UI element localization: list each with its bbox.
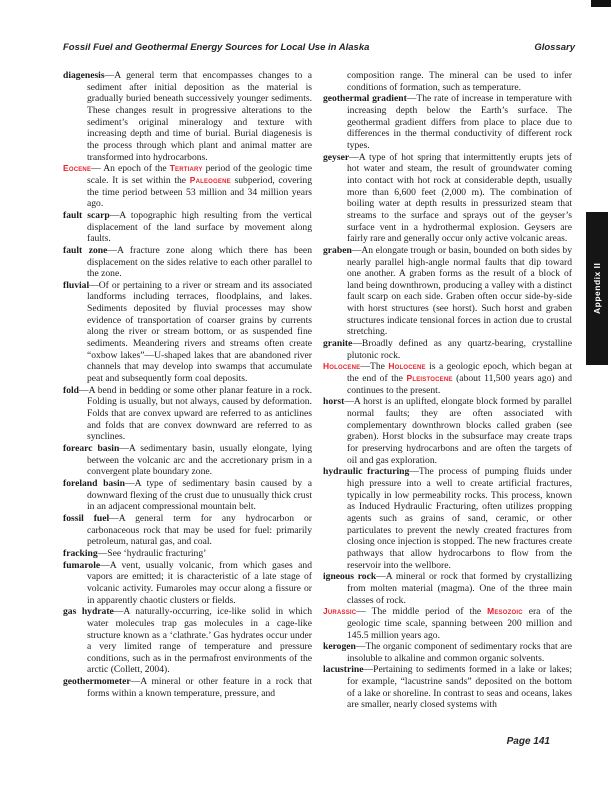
definition-text: —A vent, usually volcanic, from which ga…: [87, 560, 312, 606]
glossary-column-left: diagenesis—A general term that encompass…: [63, 70, 312, 711]
glossary-term: fold: [63, 385, 79, 396]
glossary-entry: fault zone—A fracture zone along which t…: [63, 245, 312, 280]
glossary-column-right: composition range. The mineral can be us…: [323, 70, 572, 711]
glossary-entry: diagenesis—A general term that encompass…: [63, 70, 312, 163]
glossary-entry-continuation: composition range. The mineral can be us…: [323, 70, 572, 93]
definition-text: —See ‘hydraulic fracturing’: [98, 548, 207, 559]
glossary-entry: forearc basin—A sedimentary basin, usual…: [63, 443, 312, 478]
glossary-page: Fossil Fuel and Geothermal Energy Source…: [0, 0, 612, 792]
glossary-term: kerogen: [323, 641, 356, 652]
glossary-term: hydraulic fracturing: [323, 466, 409, 477]
glossary-term: diagenesis: [63, 70, 105, 81]
glossary-entry: fossil fuel—A general term for any hydro…: [63, 513, 312, 548]
glossary-entry: graben—An elongate trough or basin, boun…: [323, 245, 572, 338]
glossary-entry: horst—A horst is an uplifted, elongate b…: [323, 396, 572, 466]
running-header: Fossil Fuel and Geothermal Energy Source…: [63, 42, 575, 53]
glossary-term: horst: [323, 396, 344, 407]
glossary-entry: fault scarp—A topographic high resulting…: [63, 210, 312, 245]
glossary-entry: igneous rock—A mineral or rock that form…: [323, 571, 572, 606]
glossary-entry: fluvial—Of or pertaining to a river or s…: [63, 280, 312, 385]
definition-text: —Broadly defined as any quartz-bearing, …: [347, 338, 572, 361]
page-number: Page 141: [507, 736, 550, 747]
glossary-entry: foreland basin—A type of sedimentary bas…: [63, 478, 312, 513]
running-header-title: Fossil Fuel and Geothermal Energy Source…: [63, 42, 369, 53]
definition-text: —Of or pertaining to a river or stream a…: [87, 280, 312, 384]
definition-text: —A topographic high resulting from the v…: [87, 210, 312, 244]
glossary-term: fossil fuel: [63, 513, 109, 524]
glossary-entry: Eocene— An epoch of the Tertiary period …: [63, 163, 312, 210]
definition-text: —A general term for any hydrocarbon or c…: [87, 513, 312, 547]
definition-text: —A fracture zone along which there has b…: [87, 245, 312, 279]
definition-text: —A bend in bedding or some other planar …: [79, 385, 312, 443]
glossary-term: fault scarp: [63, 210, 110, 221]
glossary-term: gas hydrate: [63, 606, 114, 617]
geologic-time-term: Pleistocene: [407, 373, 453, 383]
glossary-entry: geothermometer—A mineral or other featur…: [63, 676, 312, 699]
glossary-columns: diagenesis—A general term that encompass…: [63, 70, 573, 711]
glossary-entry: fumarole—A vent, usually volcanic, from …: [63, 560, 312, 607]
glossary-term: graben: [323, 245, 352, 256]
glossary-entry: hydraulic fracturing—The process of pump…: [323, 466, 572, 571]
glossary-entry: geyser—A type of hot spring that intermi…: [323, 152, 572, 245]
glossary-entry: Holocene—The Holocene is a geologic epoc…: [323, 361, 572, 396]
glossary-term: fumarole: [63, 560, 100, 571]
glossary-entry: fracking—See ‘hydraulic fracturing’: [63, 548, 312, 560]
definition-text: — The middle period of the: [356, 606, 487, 617]
glossary-entry: geothermal gradient—The rate of increase…: [323, 93, 572, 151]
geologic-time-term: Paleogene: [190, 175, 231, 185]
glossary-entry: fold—A bend in bedding or some other pla…: [63, 385, 312, 443]
definition-text: —The process of pumping fluids under hig…: [347, 466, 572, 570]
geologic-time-term: Tertiary: [170, 163, 203, 173]
definition-text: —The: [360, 361, 388, 372]
glossary-entry: gas hydrate—A naturally-occurring, ice-l…: [63, 606, 312, 676]
definition-text: — An epoch of the: [91, 163, 170, 174]
appendix-tab: Appendix II: [586, 212, 608, 365]
corner-print-mark: [591, 0, 611, 7]
glossary-term: foreland basin: [63, 478, 125, 489]
glossary-term: geyser: [323, 152, 349, 163]
definition-text: —An elongate trough or basin, bounded on…: [347, 245, 572, 338]
definition-text: —A type of hot spring that intermittentl…: [347, 152, 572, 245]
definition-text: —A naturally-occurring, ice-like solid i…: [87, 606, 312, 675]
glossary-entry: lacustrine—Pertaining to sediments forme…: [323, 664, 572, 711]
glossary-entry: Jurassic— The middle period of the Mesoz…: [323, 606, 572, 641]
running-header-section: Glossary: [534, 42, 575, 53]
glossary-term: granite: [323, 338, 352, 349]
definition-text: composition range. The mineral can be us…: [347, 70, 572, 93]
glossary-term: geothermometer: [63, 676, 131, 687]
geologic-time-term: Mesozoic: [487, 606, 523, 616]
glossary-term: fault zone: [63, 245, 107, 256]
glossary-entry: granite—Broadly defined as any quartz-be…: [323, 338, 572, 361]
glossary-term: igneous rock: [323, 571, 376, 582]
glossary-term: Jurassic: [323, 606, 356, 616]
glossary-term: forearc basin: [63, 443, 119, 454]
geologic-time-term: Holocene: [388, 361, 425, 371]
definition-text: —A sedimentary basin, usually elongate, …: [87, 443, 312, 477]
glossary-entry: kerogen—The organic component of sedimen…: [323, 641, 572, 664]
glossary-term: fluvial: [63, 280, 89, 291]
glossary-term: Holocene: [323, 361, 360, 371]
glossary-term: lacustrine: [323, 664, 364, 675]
definition-text: —A horst is an uplifted, elongate block …: [344, 396, 572, 465]
definition-text: —The organic component of sedimentary ro…: [347, 641, 572, 664]
definition-text: —A mineral or rock that formed by crysta…: [347, 571, 572, 605]
definition-text: —Pertaining to sediments formed in a lak…: [347, 664, 572, 710]
glossary-term: geothermal gradient: [323, 93, 407, 104]
definition-text: —A general term that encompasses changes…: [87, 70, 312, 163]
glossary-term: fracking: [63, 548, 98, 559]
glossary-term: Eocene: [63, 163, 91, 173]
